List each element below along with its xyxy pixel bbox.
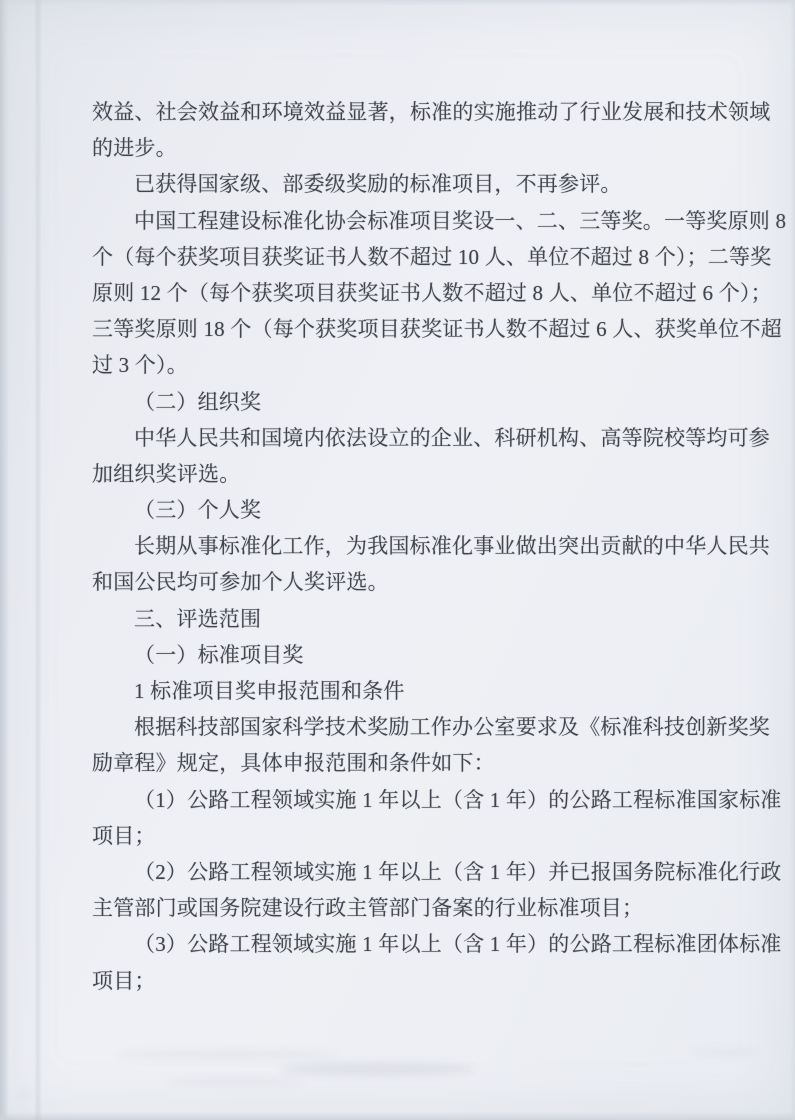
text-line: 长期从事标准化工作，为我国标准化事业做出突出贡献的中华人民共 [92,528,744,564]
text-line: 个（每个获奖项目获奖证书人数不超过 10 人、单位不超过 8 个）；二等奖 [92,239,744,275]
scan-smudge [690,1048,760,1057]
text-line: （1）公路工程领域实施 1 年以上（含 1 年）的公路工程标准国家标准 [92,782,744,818]
text-line: 中国工程建设标准化协会标准项目奖设一、二、三等奖。一等奖原则 8 [92,203,744,239]
text-line: （二）组织奖 [92,384,744,420]
text-line: 过 3 个）。 [92,347,744,383]
text-line: 中华人民共和国境内依法设立的企业、科研机构、高等院校等均可参 [92,420,744,456]
paper-fold-line [36,0,40,1120]
text-line: 励章程》规定，具体申报范围和条件如下： [92,745,744,781]
scanner-edge-top [0,0,795,6]
text-line: （三）个人奖 [92,492,744,528]
text-line: 的进步。 [92,130,744,166]
scan-smudge [115,1050,340,1059]
scan-smudge [18,1090,30,1098]
text-line: （一）标准项目奖 [92,637,744,673]
scanner-edge-left [0,0,9,1120]
text-line: 主管部门或国务院建设行政主管部门备案的行业标准项目； [92,890,744,926]
text-line: 原则 12 个（每个获奖项目获奖证书人数不超过 8 人、单位不超过 6 个）； [92,275,744,311]
text-line: 项目； [92,963,744,999]
scan-smudge [165,1078,305,1086]
text-line: 加组织奖评选。 [92,456,744,492]
scanner-edge-right [790,0,795,1120]
document-text: 效益、社会效益和环境效益显著，标准的实施推动了行业发展和技术领域的进步。已获得国… [92,94,744,999]
text-line: 已获得国家级、部委级奖励的标准项目，不再参评。 [92,166,744,202]
text-line: 根据科技部国家科学技术奖励工作办公室要求及《标准科技创新奖奖 [92,709,744,745]
scanner-edge-bottom [0,1112,795,1120]
text-line: （2）公路工程领域实施 1 年以上（含 1 年）并已报国务院标准化行政 [92,854,744,890]
text-line: 1 标准项目奖申报范围和条件 [92,673,744,709]
scanned-document-page: 效益、社会效益和环境效益显著，标准的实施推动了行业发展和技术领域的进步。已获得国… [0,0,795,1120]
text-line: 和国公民均可参加个人奖评选。 [92,564,744,600]
text-line: 项目； [92,818,744,854]
text-line: 三等奖原则 18 个（每个获奖项目获奖证书人数不超过 6 人、获奖单位不超 [92,311,744,347]
scan-smudge [280,1062,475,1076]
text-line: 效益、社会效益和环境效益显著，标准的实施推动了行业发展和技术领域 [92,94,744,130]
text-line: （3）公路工程领域实施 1 年以上（含 1 年）的公路工程标准团体标准 [92,926,744,962]
text-line: 三、评选范围 [92,601,744,637]
